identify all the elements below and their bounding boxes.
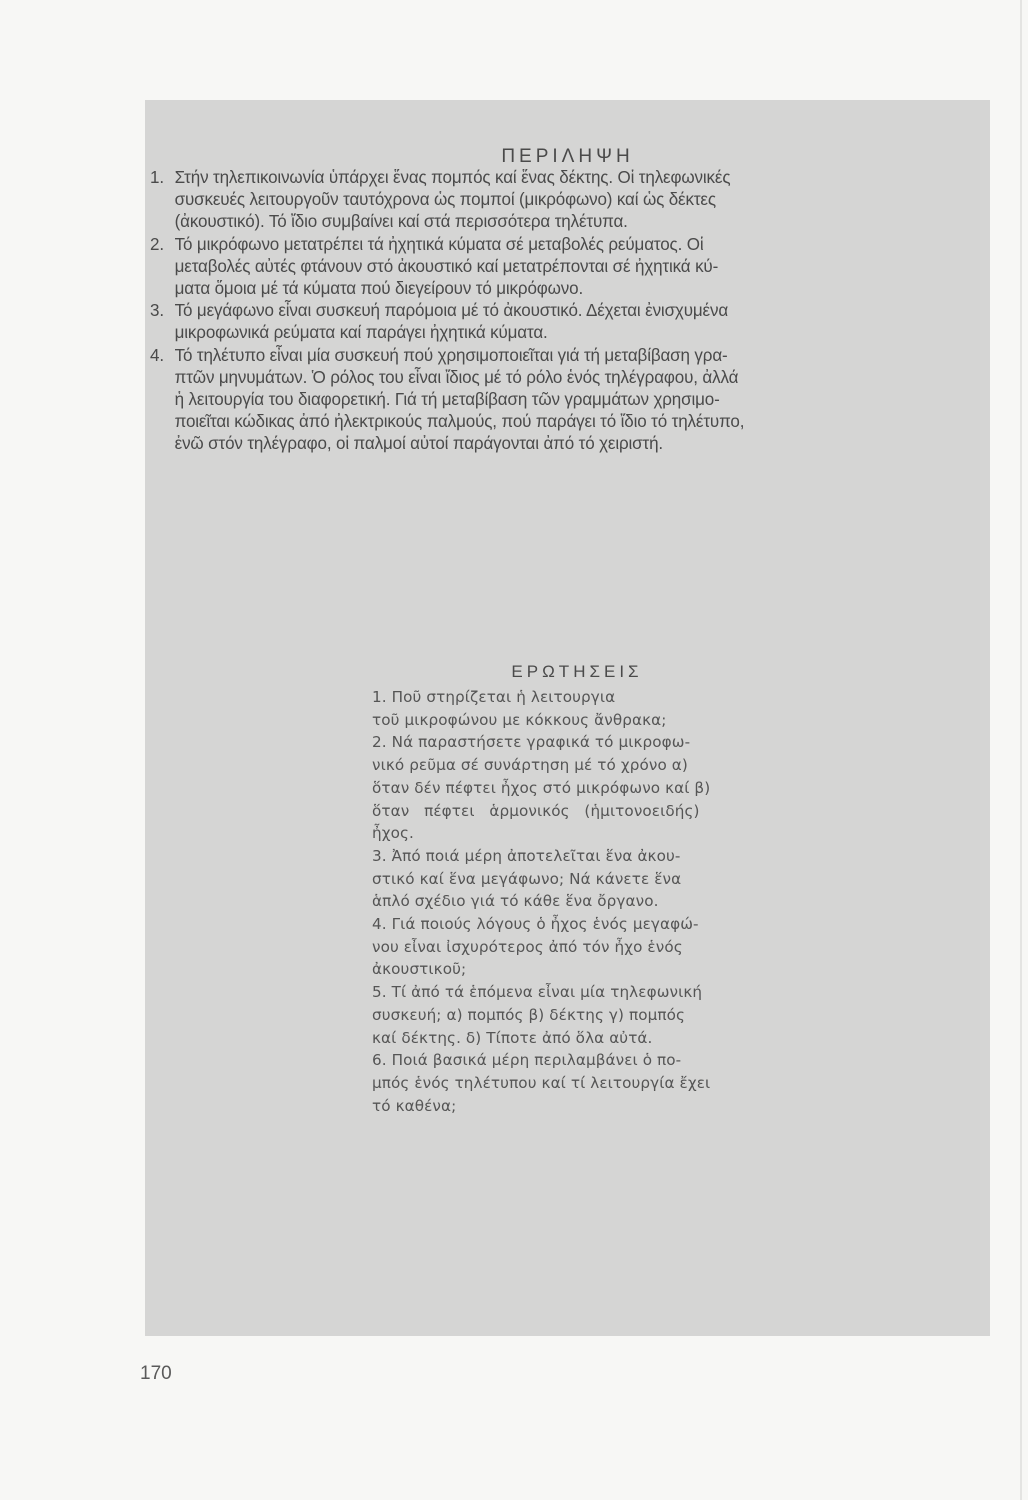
summary-line: ματα ὅμοια μέ τά κύματα πού διεγείρουν τ… <box>175 277 968 299</box>
summary-line: Τό μεγάφωνο εἶναι συσκευή παρόμοια μέ τό… <box>175 299 968 321</box>
question-line: ὅταν δέν πέφτει ἦχος στό μικρόφωνο καί β… <box>372 777 782 800</box>
summary-list: 1. Στήν τηλεπικοινωνία ὑπάρχει ἕνας πομπ… <box>150 166 980 455</box>
question-line: 6. Ποιά βασικά μέρη περιλαμβάνει ὁ πο- <box>372 1049 782 1072</box>
summary-line: ἐνῶ στόν τηλέγραφο, οἱ παλμοί αὐτοί παρά… <box>175 432 968 454</box>
question-line: νου εἶναι ἰσχυρότερος ἀπό τόν ἦχο ἑνός <box>372 936 782 959</box>
summary-line: Στήν τηλεπικοινωνία ὑπάρχει ἕνας πομπός … <box>175 166 968 188</box>
summary-line: ποιεῖται κώδικας ἀπό ἠλεκτρικούς παλμούς… <box>175 410 968 432</box>
page-edge-shadow <box>1020 0 1022 1500</box>
question-line: μπός ἑνός τηλέτυπου καί τί λειτουργία ἔχ… <box>372 1072 782 1095</box>
summary-item-4: 4. Τό τηλέτυπο εἶναι μία συσκευή πού χρη… <box>150 344 968 455</box>
question-line: ὅταν πέφτει ἁρμονικός (ἡμιτονοειδής) <box>372 800 782 823</box>
summary-line: συσκευές λειτουργοῦν ταυτόχρονα ὡς πομπο… <box>175 188 968 210</box>
summary-item-number: 1. <box>150 166 164 188</box>
question-line: νικό ρεῦμα σέ συνάρτηση μέ τό χρόνο α) <box>372 754 782 777</box>
question-line: στικό καί ἕνα μεγάφωνο; Νά κάνετε ἕνα <box>372 868 782 891</box>
question-line: ἁπλό σχέδιο γιά τό κάθε ἕνα ὄργανο. <box>372 890 782 913</box>
page-number: 170 <box>140 1363 172 1385</box>
question-line: 4. Γιά ποιούς λόγους ὁ ἦχος ἑνός μεγαφώ- <box>372 913 782 936</box>
summary-line: Τό μικρόφωνο μετατρέπει τά ἠχητικά κύματ… <box>175 233 968 255</box>
question-line: συσκευή; α) πομπός β) δέκτης γ) πομπός <box>372 1004 782 1027</box>
summary-item-number: 4. <box>150 344 164 366</box>
question-line: καί δέκτης. δ) Τίποτε ἀπό ὅλα αὐτά. <box>372 1027 782 1050</box>
question-line: 2. Νά παραστήσετε γραφικά τό μικροφω- <box>372 731 782 754</box>
summary-heading: ΠΕΡΙΛΗΨΗ <box>145 146 990 168</box>
summary-item-3: 3. Τό μεγάφωνο εἶναι συσκευή παρόμοια μέ… <box>150 299 968 343</box>
question-line: τοῦ μικροφώνου με κόκκους ἄνθρακα; <box>372 709 782 732</box>
summary-line: (ἀκουστικό). Τό ἴδιο συμβαίνει καί στά π… <box>175 210 968 232</box>
question-line: ἦχος. <box>372 822 782 845</box>
summary-line: πτῶν μηνυμάτων. Ὁ ρόλος του εἶναι ἴδιος … <box>175 366 968 388</box>
question-line: ἀκουστικοῦ; <box>372 958 782 981</box>
question-line: 5. Τί ἀπό τά ἑπόμενα εἶναι μία τηλεφωνικ… <box>372 981 782 1004</box>
question-line: 1. Ποῦ στηρίζεται ἡ λειτουργια <box>372 686 782 709</box>
question-line: 3. Ἀπό ποιά μέρη ἀποτελεῖται ἕνα ἀκου- <box>372 845 782 868</box>
summary-line: μεταβολές αὐτές φτάνουν στό ἀκουστικό κα… <box>175 255 968 277</box>
summary-item-number: 3. <box>150 299 164 321</box>
summary-item-1: 1. Στήν τηλεπικοινωνία ὑπάρχει ἕνας πομπ… <box>150 166 968 233</box>
summary-line: μικροφωνικά ρεύματα καί παράγει ἠχητικά … <box>175 321 968 343</box>
question-line: τό καθένα; <box>372 1095 782 1118</box>
questions-heading: ΕΡΩΤΗΣΕΙΣ <box>372 662 782 682</box>
summary-item-2: 2. Τό μικρόφωνο μετατρέπει τά ἠχητικά κύ… <box>150 233 968 300</box>
summary-item-number: 2. <box>150 233 164 255</box>
questions-list: 1. Ποῦ στηρίζεται ἡ λειτουργια τοῦ μικρο… <box>372 686 782 1117</box>
summary-line: Τό τηλέτυπο εἶναι μία συσκευή πού χρησιμ… <box>175 344 968 366</box>
summary-line: ἡ λειτουργία του διαφορετική. Γιά τή μετ… <box>175 388 968 410</box>
